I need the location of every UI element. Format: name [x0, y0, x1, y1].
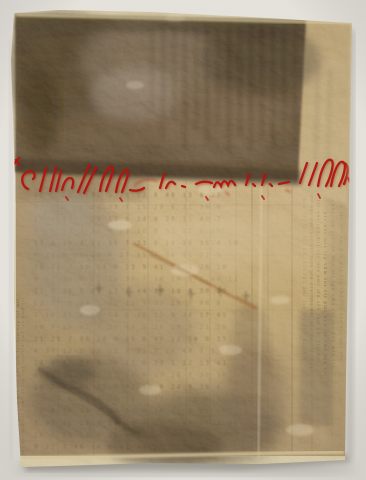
- artwork-panel: 12 7 24 9 31 5 18 22 6 40 13 8 278 19 4 …: [5, 8, 356, 472]
- wax-grain-texture: [8, 8, 356, 472]
- artwork-photo: 12 7 24 9 31 5 18 22 6 40 13 8 278 19 4 …: [0, 0, 366, 480]
- photo-stage: 12 7 24 9 31 5 18 22 6 40 13 8 278 19 4 …: [0, 0, 366, 480]
